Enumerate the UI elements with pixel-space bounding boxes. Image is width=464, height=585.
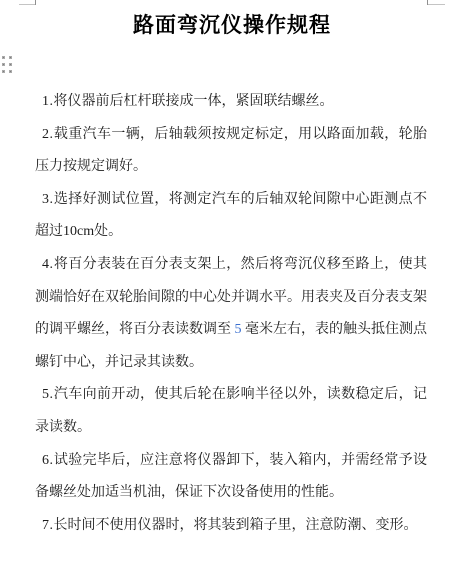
drag-handle-dot [9,56,12,59]
list-item-6: 6.试验完毕后，应注意将仪器卸下，装入箱内，并需经常予设备螺丝处加适当机油，保证… [35,445,427,510]
list-item-5: 5.汽车向前开动，使其后轮在影响半径以外，读数稳定后，记录读数。 [35,379,427,444]
item-text: 将仪器前后杠杆联接成一体，紧固联结螺丝。 [54,94,334,109]
item-number: 1. [42,94,54,109]
list-item-7: 7.长时间不使用仪器时，将其装到箱子里，注意防潮、变形。 [35,510,427,543]
measure-value-highlight: 5 [235,322,242,337]
drag-handle-dot [2,70,5,73]
item-number: 7. [42,518,54,533]
item-number: 3. [42,192,54,207]
document-page: 路面弯沉仪操作规程 1.将仪器前后杠杆联接成一体，紧固联结螺丝。 2.载重汽车一… [0,0,464,585]
item-text: 试验完毕后，应注意将仪器卸下，装入箱内，并需经常予设备螺丝处加适当机油，保证下次… [35,453,427,501]
item-number: 6. [42,453,54,468]
top-left-margin-mark [35,0,36,5]
item-text: 汽车向前开动，使其后轮在影响半径以外，读数稳定后，记录读数。 [35,387,427,435]
top-right-margin-mark [427,0,428,5]
list-item-4: 4.将百分表装在百分表支架上，然后将弯沉仪移至路上，使其测端恰好在双轮胎间隙的中… [35,249,427,379]
list-item-1: 1.将仪器前后杠杆联接成一体，紧固联结螺丝。 [35,86,427,119]
item-text: 选择好测试位置，将测定汽车的后轴双轮间隙中心距测点不超过10cm处。 [35,192,427,240]
item-text: 载重汽车一辆，后轴载须按规定标定，用以路面加载，轮胎压力按规定调好。 [35,127,427,175]
item-number: 4. [42,257,54,272]
list-item-3: 3.选择好测试位置，将测定汽车的后轴双轮间隙中心距测点不超过10cm处。 [35,184,427,249]
drag-handle-icon[interactable] [2,56,12,73]
top-right-margin-mark [427,4,445,5]
item-number: 5. [42,387,54,402]
drag-handle-dot [2,63,5,66]
list-item-2: 2.载重汽车一辆，后轴载须按规定标定，用以路面加载，轮胎压力按规定调好。 [35,119,427,184]
top-left-margin-mark [19,4,36,5]
item-number: 2. [42,127,54,142]
document-body: 1.将仪器前后杠杆联接成一体，紧固联结螺丝。 2.载重汽车一辆，后轴载须按规定标… [35,86,427,542]
drag-handle-dot [9,70,12,73]
document-title: 路面弯沉仪操作规程 [0,0,464,38]
item-text: 长时间不使用仪器时，将其装到箱子里，注意防潮、变形。 [54,518,418,533]
drag-handle-dot [9,63,12,66]
drag-handle-dot [2,56,5,59]
